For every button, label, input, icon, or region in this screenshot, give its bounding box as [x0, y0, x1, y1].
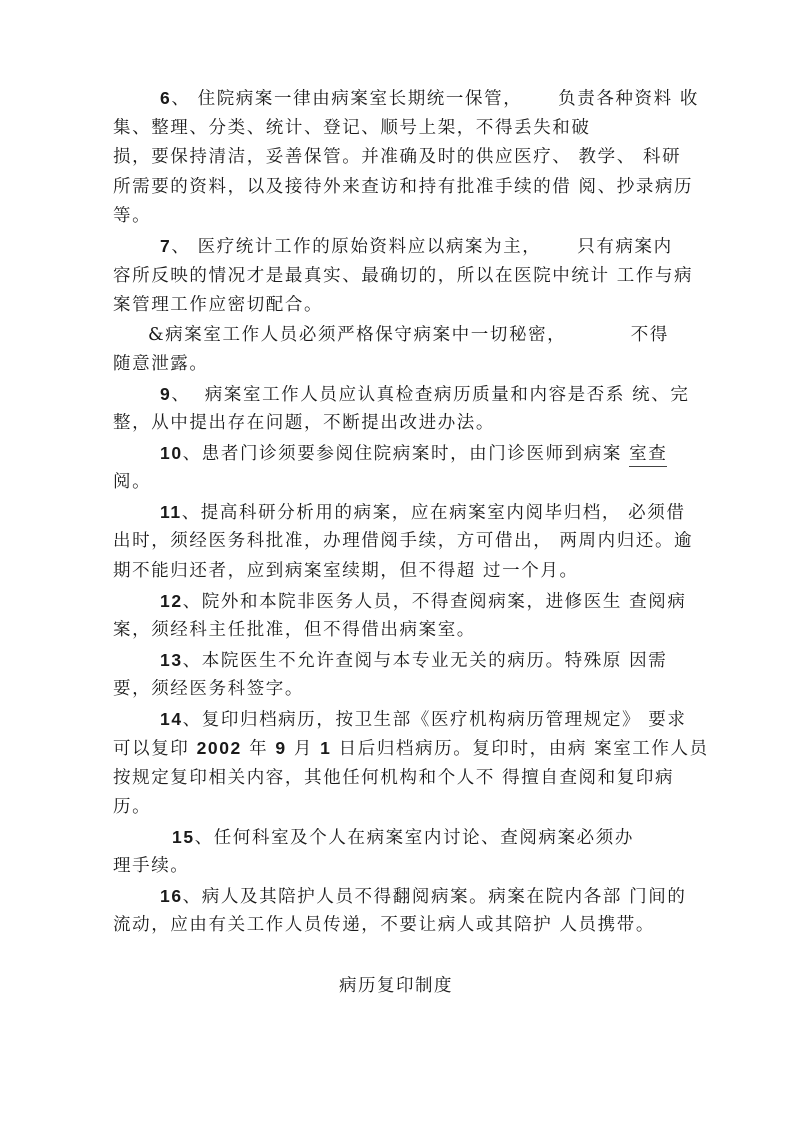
text-line: 13、本院医生不允许查阅与本专业无关的病历。特殊原 因需 [160, 649, 667, 672]
line-text: 、病人及其陪护人员不得翻阅病案。病案在院内各部 门间的 [183, 887, 687, 907]
date-number: 2002 [197, 738, 242, 758]
text-line: 12、院外和本院非医务人员，不得查阅病案，进修医生 查阅病 [160, 590, 686, 613]
line-text: 按规定复印相关内容，其他任何机构和个人不 得擅自查阅和复印病 [113, 768, 674, 788]
item-number: 13 [160, 650, 183, 670]
line-text: 等。 [113, 206, 151, 226]
text-line: 7、 医疗统计工作的原始资料应以病案为主， 只有病案内 [160, 235, 673, 258]
line-text: &病案室工作人员必须严格保守病案中一切秘密， 不得 [148, 325, 669, 345]
text-line: 6、 住院病案一律由病案室长期统一保管， 负责各种资料 收 [160, 87, 699, 110]
text-line: 容所反映的情况才是最真实、最确切的，所以在医院中统计 工作与病 [113, 265, 693, 287]
item-number: 16 [160, 886, 183, 906]
item-number: 11 [160, 502, 182, 522]
text-line: 期不能归还者，应到病案室续期，但不得超 过一个月。 [113, 560, 579, 582]
text-line: 14、复印归档病历，按卫生部《医疗机构病历管理规定》 要求 [160, 708, 686, 731]
text-line: 集、整理、分类、统计、登记、顺号上架，不得丢失和破 [113, 117, 591, 139]
text-line: 阅。 [113, 471, 151, 493]
text-line: 所需要的资料，以及接待外来查访和持有批准手续的借 阅、抄录病历 [113, 176, 693, 198]
item-number: 14 [160, 709, 183, 729]
text-line: 9、 病案室工作人员应认真检查病历质量和内容是否系 统、完 [160, 383, 689, 406]
text-line: 随意泄露。 [113, 353, 209, 375]
line-text: 出时，须经医务科批准，办理借阅手续，方可借出， 两周内归还。逾 [113, 531, 693, 551]
text-line: 10、患者门诊须要参阅住院病案时，由门诊医师到病案 室查 [160, 442, 667, 465]
line-text: 、 病案室工作人员应认真检查病历质量和内容是否系 统、完 [171, 385, 689, 405]
text-line: &病案室工作人员必须严格保守病案中一切秘密， 不得 [148, 324, 669, 346]
line-text: 、院外和本院非医务人员，不得查阅病案，进修医生 查阅病 [183, 592, 687, 612]
line-text: 期不能归还者，应到病案室续期，但不得超 过一个月。 [113, 561, 579, 581]
line-text: 整，从中提出存在问题，不断提出改进办法。 [113, 413, 495, 433]
text-line: 等。 [113, 205, 151, 227]
item-number: 9 [160, 384, 171, 404]
text-line: 要，须经医务科签字。 [113, 678, 304, 700]
line-text: 、任何科室及个人在病案室内讨论、查阅病案必须办 [195, 828, 634, 848]
section-title: 病历复印制度 [0, 972, 792, 997]
line-text: 所需要的资料，以及接待外来查访和持有批准手续的借 阅、抄录病历 [113, 177, 693, 197]
text-line: 理手续。 [113, 855, 189, 877]
line-text: 集、整理、分类、统计、登记、顺号上架，不得丢失和破 [113, 118, 591, 138]
text-line: 15、任何科室及个人在病案室内讨论、查阅病案必须办 [172, 826, 634, 849]
line-text: 容所反映的情况才是最真实、最确切的，所以在医院中统计 工作与病 [113, 266, 693, 286]
text-line: 整，从中提出存在问题，不断提出改进办法。 [113, 412, 495, 434]
line-text: 、 医疗统计工作的原始资料应以病案为主， 只有病案内 [171, 237, 672, 257]
text-line: 流动，应由有关工作人员传递，不要让病人或其陪护 人员携带。 [113, 914, 655, 936]
line-text: 随意泄露。 [113, 354, 209, 374]
text-line: 历。 [113, 796, 151, 818]
line-text: 流动，应由有关工作人员传递，不要让病人或其陪护 人员携带。 [113, 915, 655, 935]
line-text: 阅。 [113, 472, 151, 492]
text-line: 损，要保持清洁，妥善保管。并准确及时的供应医疗、 教学、 科研 [113, 146, 681, 168]
underlined-text: 室查 [629, 444, 667, 467]
line-text: 损，要保持清洁，妥善保管。并准确及时的供应医疗、 教学、 科研 [113, 147, 681, 167]
item-number: 6 [160, 88, 171, 108]
line-text: 、 住院病案一律由病案室长期统一保管， 负责各种资料 收 [171, 89, 699, 109]
text-line: 16、病人及其陪护人员不得翻阅病案。病案在院内各部 门间的 [160, 885, 686, 908]
line-text: 年 [242, 739, 275, 759]
date-number: 9 [275, 738, 286, 758]
line-text: 、复印归档病历，按卫生部《医疗机构病历管理规定》 要求 [183, 710, 687, 730]
line-text: 、本院医生不允许查阅与本专业无关的病历。特殊原 因需 [183, 651, 668, 671]
date-number: 1 [320, 738, 331, 758]
text-line: 出时，须经医务科批准，办理借阅手续，方可借出， 两周内归还。逾 [113, 530, 693, 552]
item-number: 7 [160, 236, 171, 256]
line-text: 、患者门诊须要参阅住院病案时，由门诊医师到病案 [183, 444, 629, 464]
text-line: 案，须经科主任批准，但不得借出病案室。 [113, 619, 476, 641]
line-text: 、提高科研分析用的病案，应在病案室内阅毕归档， 必须借 [182, 503, 686, 523]
item-number: 10 [160, 443, 183, 463]
line-text: 可以复印 [113, 739, 197, 759]
line-text: 日后归档病历。复印时，由病 案室工作人员 [331, 739, 708, 759]
text-line: 按规定复印相关内容，其他任何机构和个人不 得擅自查阅和复印病 [113, 767, 674, 789]
line-text: 理手续。 [113, 856, 189, 876]
line-text: 历。 [113, 797, 151, 817]
item-number: 12 [160, 591, 183, 611]
text-line: 可以复印 2002 年 9 月 1 日后归档病历。复印时，由病 案室工作人员 [113, 737, 709, 760]
line-text: 要，须经医务科签字。 [113, 679, 304, 699]
item-number: 15 [172, 827, 195, 847]
line-text: 案管理工作应密切配合。 [113, 295, 323, 315]
line-text: 月 [287, 739, 320, 759]
text-line: 11、提高科研分析用的病案，应在病案室内阅毕归档， 必须借 [160, 501, 685, 524]
line-text: 案，须经科主任批准，但不得借出病案室。 [113, 620, 476, 640]
text-line: 案管理工作应密切配合。 [113, 294, 323, 316]
